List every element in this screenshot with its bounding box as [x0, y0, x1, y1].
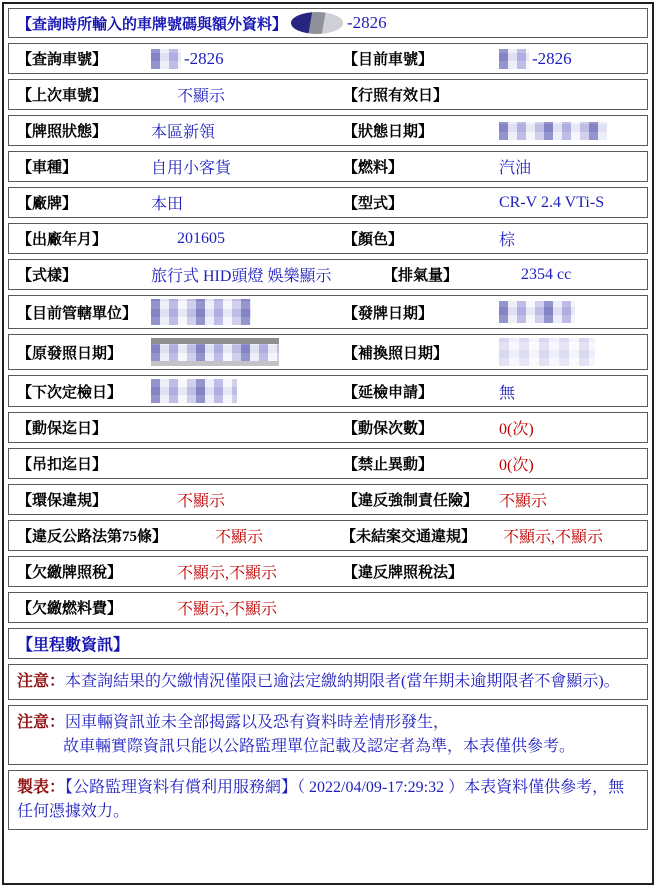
field-label: 【牌照狀態】 — [17, 120, 145, 141]
field-value: 自用小客貨 — [145, 155, 343, 178]
redacted-value — [151, 49, 181, 69]
field-value: 0(次) — [493, 452, 639, 475]
redacted-plate-blob — [291, 12, 343, 34]
field-row: 【上次車號】 不顯示 【行照有效日】 — [8, 79, 648, 110]
field-value: CR-V 2.4 VTi-S — [493, 194, 639, 212]
field-row: 【牌照狀態】 本區新領 【狀態日期】 — [8, 115, 648, 146]
field-label: 【型式】 — [343, 192, 493, 213]
notice-text: 本查詢結果的欠繳情況僅限已逾法定繳納期限者(當年期未逾期限者不會顯示)。 — [65, 673, 620, 690]
field-label: 【未結案交通違規】 — [341, 525, 497, 546]
field-label: 【查詢車號】 — [17, 48, 145, 69]
field-value — [493, 338, 639, 366]
field-label: 【車種】 — [17, 156, 145, 177]
field-label: 【欠繳燃料費】 — [17, 597, 145, 618]
redacted-value — [151, 338, 279, 366]
field-label: 【狀態日期】 — [343, 120, 493, 141]
field-label: 【上次車號】 — [17, 84, 145, 105]
field-row: 【動保迄日】 【動保次數】 0(次) — [8, 412, 648, 443]
field-row: 【廠牌】 本田 【型式】 CR-V 2.4 VTi-S — [8, 187, 648, 218]
field-label: 【環保違規】 — [17, 489, 145, 510]
field-value: 不顯示 — [145, 83, 343, 106]
redacted-value — [151, 379, 237, 403]
field-row: 【下次定檢日】 【延檢申請】 無 — [8, 375, 648, 407]
field-label: 【目前車號】 — [343, 48, 493, 69]
field-row: 【吊扣迄日】 【禁止異動】 0(次) — [8, 448, 648, 479]
field-row-plate: 【查詢車號】 -2826 【目前車號】 -2826 — [8, 43, 648, 74]
field-label: 【禁止異動】 — [343, 453, 493, 474]
mileage-section-row: 【里程數資訊】 — [8, 628, 648, 659]
field-value: 不顯示,不顯示 — [497, 524, 639, 547]
redacted-value — [499, 301, 575, 323]
field-value: 本區新領 — [145, 119, 343, 142]
field-row: 【環保違規】 不顯示 【違反強制責任險】 不顯示 — [8, 484, 648, 515]
notice-row: 注意：因車輛資訊並未全部揭露以及恐有資料時差情形發生， 故車輛實際資訊只能以公路… — [8, 705, 648, 765]
field-value: 本田 — [145, 191, 343, 214]
redacted-value — [499, 49, 529, 69]
notice-prefix: 注意： — [17, 714, 65, 731]
field-label: 【欠繳牌照稅】 — [17, 561, 145, 582]
field-label: 【目前管轄單位】 — [17, 302, 145, 323]
field-label: 【補換照日期】 — [343, 342, 493, 363]
field-value — [145, 379, 343, 403]
field-value: 旅行式 HID頭燈 娛樂顯示 — [145, 263, 383, 286]
field-value: 2354 cc — [477, 266, 639, 284]
footer-row: 製表：【公路監理資料有償利用服務網】（ 2022/04/09-17:29:32 … — [8, 770, 648, 830]
field-label: 【動保迄日】 — [17, 417, 145, 438]
field-value: 無 — [493, 380, 639, 403]
field-value: 棕 — [493, 227, 639, 250]
plate-suffix: -2826 — [347, 13, 387, 33]
field-row: 【違反公路法第75條】 不顯示 【未結案交通違規】 不顯示,不顯示 — [8, 520, 648, 551]
notice-text: 因車輛資訊並未全部揭露以及恐有資料時差情形發生， — [65, 714, 449, 731]
mileage-label: 【里程數資訊】 — [17, 632, 129, 655]
field-row: 【欠繳燃料費】 不顯示,不顯示 — [8, 592, 648, 623]
field-label: 【顏色】 — [343, 228, 493, 249]
field-label: 【下次定檢日】 — [17, 381, 145, 402]
vehicle-registration-report: 【查詢時所輸入的車牌號碼與額外資料】 -2826 【查詢車號】 -2826 【目… — [2, 2, 654, 885]
footer-prefix: 製表： — [17, 779, 65, 796]
field-label: 【動保次數】 — [343, 417, 493, 438]
field-row: 【式樣】 旅行式 HID頭燈 娛樂顯示 【排氣量】 2354 cc — [8, 259, 648, 290]
field-row: 【欠繳牌照稅】 不顯示,不顯示 【違反牌照稅法】 — [8, 556, 648, 587]
field-row: 【車種】 自用小客貨 【燃料】 汽油 — [8, 151, 648, 182]
redacted-value — [151, 299, 251, 325]
header-label: 【查詢時所輸入的車牌號碼與額外資料】 — [17, 13, 287, 34]
field-label: 【原發照日期】 — [17, 342, 145, 363]
field-label: 【違反牌照稅法】 — [343, 561, 493, 582]
field-value: 汽油 — [493, 155, 639, 178]
field-label: 【燃料】 — [343, 156, 493, 177]
field-value — [493, 301, 639, 323]
field-row: 【原發照日期】 【補換照日期】 — [8, 334, 648, 370]
redacted-value — [499, 338, 595, 366]
field-label: 【延檢申請】 — [343, 381, 493, 402]
field-value: 不顯示 — [145, 488, 343, 511]
field-label: 【行照有效日】 — [343, 84, 493, 105]
footer-text: 【公路監理資料有償利用服務網】（ 2022/04/09-17:29:32 ）本表… — [17, 779, 624, 820]
field-value — [493, 122, 639, 140]
notice-prefix: 注意： — [17, 673, 65, 690]
field-label: 【排氣量】 — [383, 264, 477, 285]
field-row: 【目前管轄單位】 【發牌日期】 — [8, 295, 648, 329]
field-value: 0(次) — [493, 416, 639, 439]
field-label: 【違反公路法第75條】 — [17, 525, 209, 546]
field-value: 不顯示 — [493, 488, 639, 511]
field-value: 201605 — [145, 230, 343, 248]
field-value — [145, 299, 343, 325]
redacted-value — [499, 122, 607, 140]
field-value: -2826 — [493, 49, 639, 69]
field-value: 不顯示,不顯示 — [145, 560, 343, 583]
field-value: -2826 — [145, 49, 343, 69]
field-label: 【吊扣迄日】 — [17, 453, 145, 474]
notice-row: 注意：本查詢結果的欠繳情況僅限已逾法定繳納期限者(當年期未逾期限者不會顯示)。 — [8, 664, 648, 700]
field-row: 【出廠年月】 201605 【顏色】 棕 — [8, 223, 648, 254]
field-label: 【發牌日期】 — [343, 302, 493, 323]
field-value: 不顯示,不顯示 — [145, 596, 639, 619]
field-label: 【違反強制責任險】 — [343, 489, 493, 510]
field-value: 不顯示 — [209, 524, 341, 547]
field-label: 【廠牌】 — [17, 192, 145, 213]
notice-text: 故車輛實際資訊只能以公路監理單位記載及認定者為準，本表僅供參考。 — [17, 738, 575, 755]
field-label: 【式樣】 — [17, 264, 145, 285]
header-row: 【查詢時所輸入的車牌號碼與額外資料】 -2826 — [8, 8, 648, 38]
field-value — [145, 338, 343, 366]
field-label: 【出廠年月】 — [17, 228, 145, 249]
